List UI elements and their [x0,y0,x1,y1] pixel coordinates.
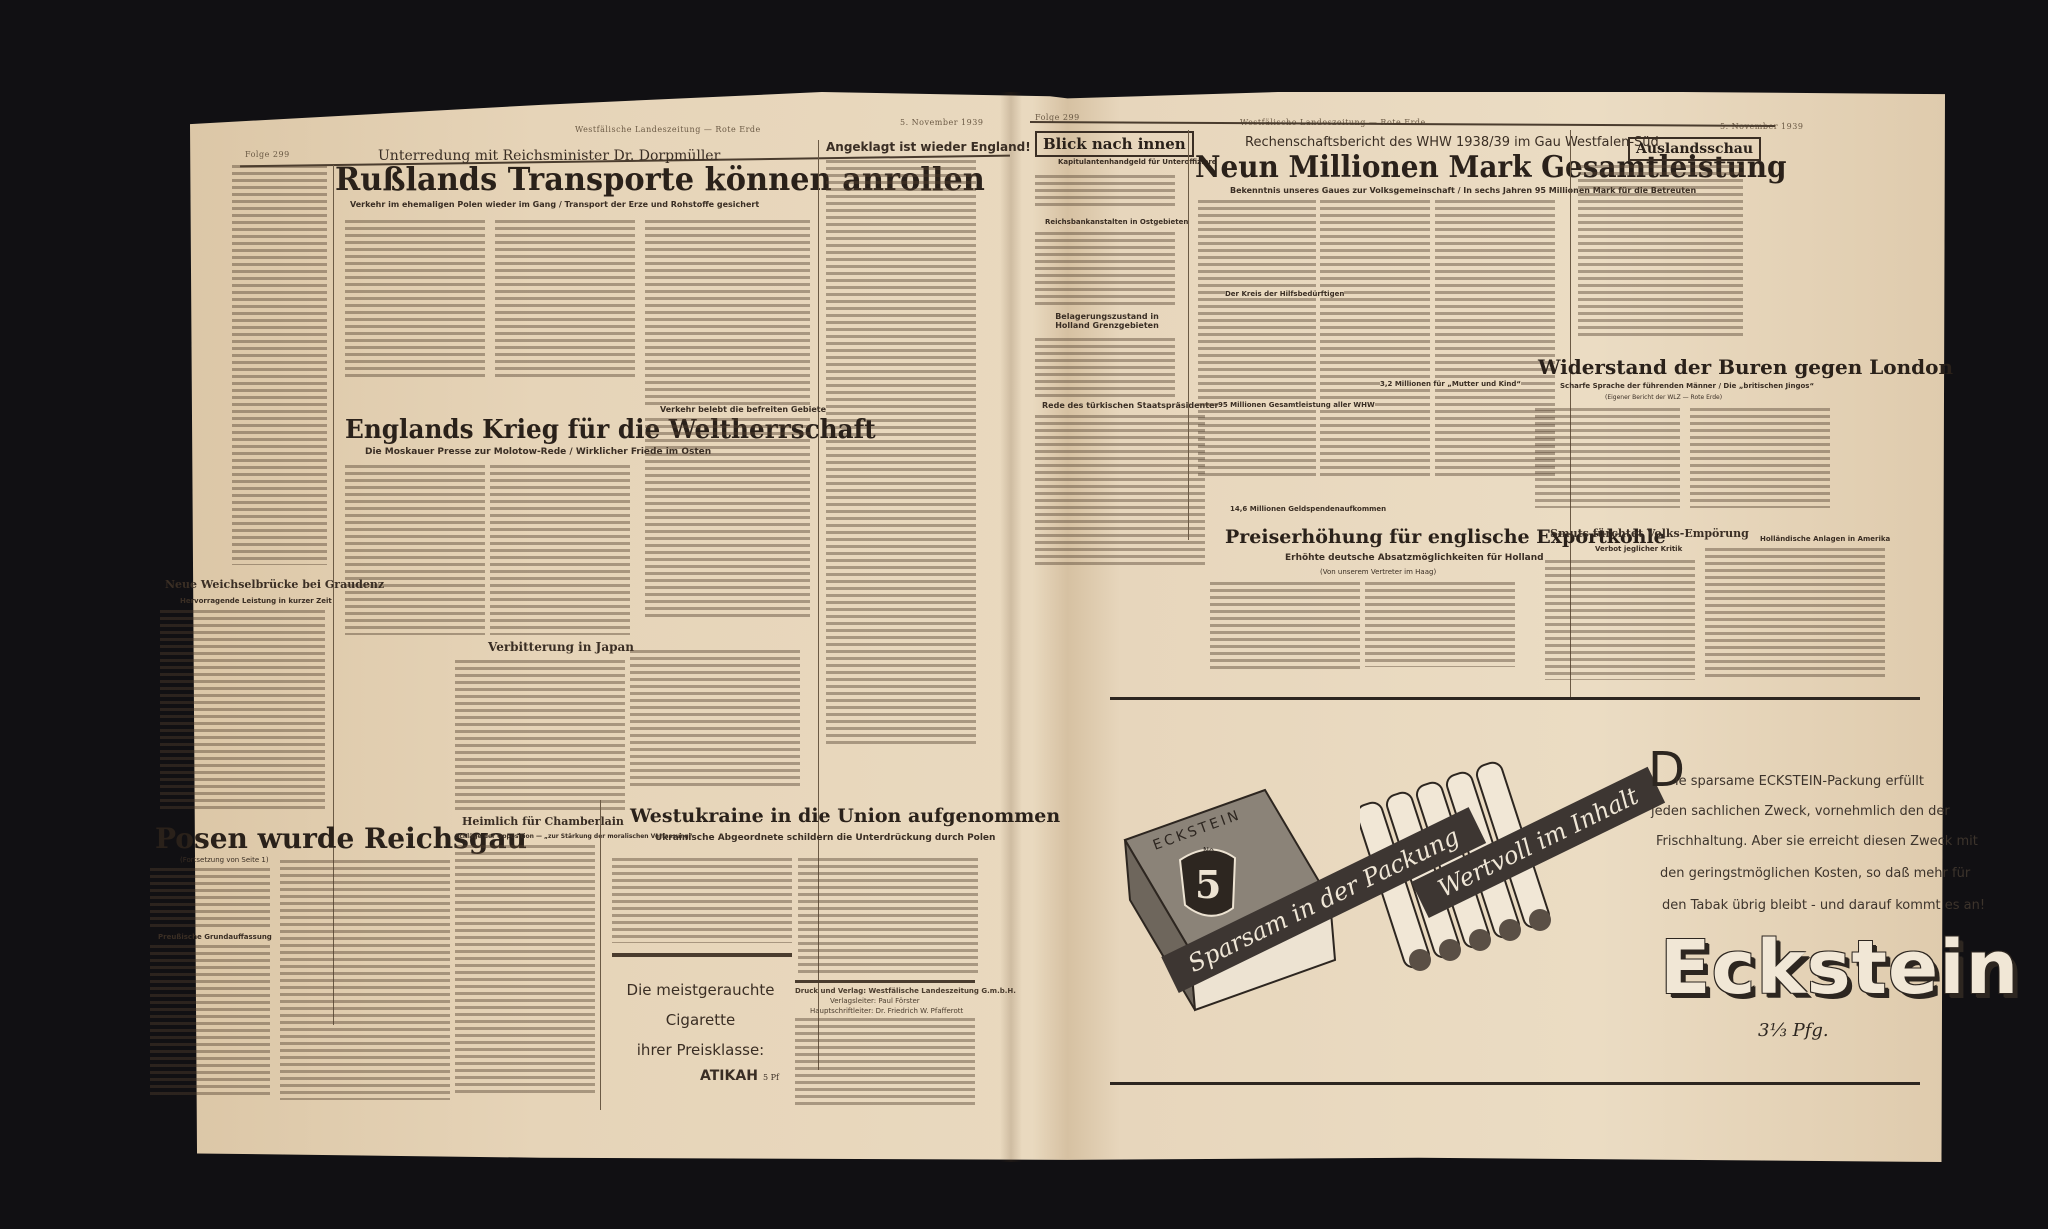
ad-copy-line: Frischhaltung. Aber sie erreicht diesen … [1656,834,1978,849]
article-text [150,868,270,928]
atikah-brand: ATIKAH [700,1068,758,1084]
section-head: 14,6 Millionen Geldspendenaufkommen [1230,505,1386,513]
atikah-price: 5 Pf [763,1073,779,1082]
article-text [150,945,270,1095]
article-text [1705,548,1885,678]
article-text [1035,415,1205,565]
ad-copy-line: den geringstmöglichen Kosten, so daß meh… [1660,866,1970,881]
subhead-posen: (Fortsetzung von Seite 1) [180,856,269,864]
byline-buren: (Eigener Bericht der WLZ — Rote Erde) [1605,394,1722,401]
article-text [645,220,810,405]
article-text [490,465,630,635]
article-text [645,418,810,618]
section-preussische: Preußische Grundauffassung [158,933,272,941]
article-text [1035,232,1175,307]
box-auslandsschau: Auslandsschau [1628,137,1761,161]
column-rule [1188,130,1189,540]
impressum-rule [795,980,975,983]
impressum-title: Druck und Verlag: Westfälische Landeszei… [795,987,1016,995]
article-text [1545,560,1695,680]
article-text [160,610,325,810]
section-head: 95 Millionen Gesamtleistung aller WHW [1218,401,1375,409]
item-title: Belagerungszustand in Holland Grenzgebie… [1052,312,1162,330]
subhead-preiserhoehung: Erhöhte deutsche Absatzmöglichkeiten für… [1285,553,1544,563]
article-text [826,160,976,745]
article-text [1365,582,1515,667]
subhead-westukraine: Ukrainische Abgeordnete schildern die Un… [655,833,995,843]
headline-weichselbruecke: Neue Weichselbrücke bei Graudenz [165,578,384,591]
subhead-main: Verkehr im ehemaligen Polen wieder im Ga… [350,200,759,209]
article-text [280,860,450,1100]
article-text [798,858,978,973]
headline-westukraine: Westukraine in die Union aufgenommen [630,805,1060,827]
article-text [1320,200,1430,480]
item-title: Rede des türkischen Staatspräsidenten [1042,401,1220,410]
article-text [1198,200,1316,480]
section-verkehr: Verkehr belebt die befreiten Gebiete [660,405,826,414]
article-text [1690,408,1830,508]
article-text [630,650,800,790]
byline-preiserhoehung: (Von unserem Vertreter im Haag) [1320,568,1436,576]
headline-smuts: Smuts fürchtet Volks-Empörung [1550,527,1749,540]
atikah-ad: Die meistgerauchte Cigarette ihrer Preis… [608,975,793,1115]
section-head: 3,2 Millionen für „Mutter und Kind“ [1380,380,1521,388]
item-title: Reichsbankanstalten in Ostgebieten [1045,218,1188,226]
article-text [455,660,625,810]
ad-line: Cigarette [608,1005,793,1035]
ad-bottom-rule [1110,1082,1920,1085]
ad-brand-eckstein: Eckstein [1660,925,2019,1011]
headline-japan: Verbitterung in Japan [488,640,634,654]
left-date: 5. November 1939 [900,118,983,127]
ad-copy-line: ie sparsame ECKSTEIN-Packung erfüllt [1675,774,1924,789]
impressum-publisher: Verlagsleiter: Paul Förster [830,997,920,1005]
ad-dropcap: D [1648,742,1685,798]
column-text [232,165,327,565]
kicker-whw: Rechenschaftsbericht des WHW 1938/39 im … [1245,135,1659,150]
left-folio: Folge 299 [245,150,290,159]
headline-angeklagt: Angeklagt ist wieder England! [826,140,1031,154]
subhead-weichselbruecke: Hervorragende Leistung in kurzer Zeit [180,597,332,605]
headline-hollaendische-anlagen: Holländische Anlagen in Amerika [1760,535,1890,543]
ad-line: ihrer Preisklasse: [608,1035,793,1065]
article-text [1210,582,1360,672]
center-fold [1000,92,1022,1162]
ad-copy-line: den Tabak übrig bleibt - und darauf komm… [1662,898,1985,913]
subhead-buren: Scharfe Sprache der führenden Männer / D… [1560,382,1814,390]
left-masthead: Westfälische Landeszeitung — Rote Erde [575,125,761,134]
article-text [1035,338,1175,398]
article-text [345,220,485,380]
item-title: Kapitulantenhandgeld für Unteroffiziere [1058,158,1217,166]
ad-price: 3⅓ Pfg. [1758,1020,1829,1041]
ad-copy-line: jeden sachlichen Zweck, vornehmlich den … [1651,804,1950,819]
impressum-editor: Hauptschriftleiter: Dr. Friedrich W. Pfa… [810,1007,963,1015]
article-text [455,845,595,1095]
article-text [612,858,792,943]
section-head: Der Kreis der Hilfsbedürftigen [1225,290,1344,298]
impressum-text [795,1018,975,1108]
ad-top-rule [1110,697,1920,700]
headline-buren: Widerstand der Buren gegen London [1538,355,1953,379]
ad-separator-rule [612,953,792,957]
column-rule [600,800,601,1110]
subhead-smuts: Verbot jeglicher Kritik [1595,545,1682,553]
ad-line: Die meistgerauchte [608,975,793,1005]
article-text [345,465,485,635]
article-text [495,220,635,380]
pack-number-label: No [1203,846,1214,855]
pack-number: 5 [1195,862,1221,907]
box-blick-nach-innen: Blick nach innen [1035,131,1194,157]
article-text [1535,408,1680,508]
article-text [1578,165,1743,340]
article-text [1035,175,1175,210]
